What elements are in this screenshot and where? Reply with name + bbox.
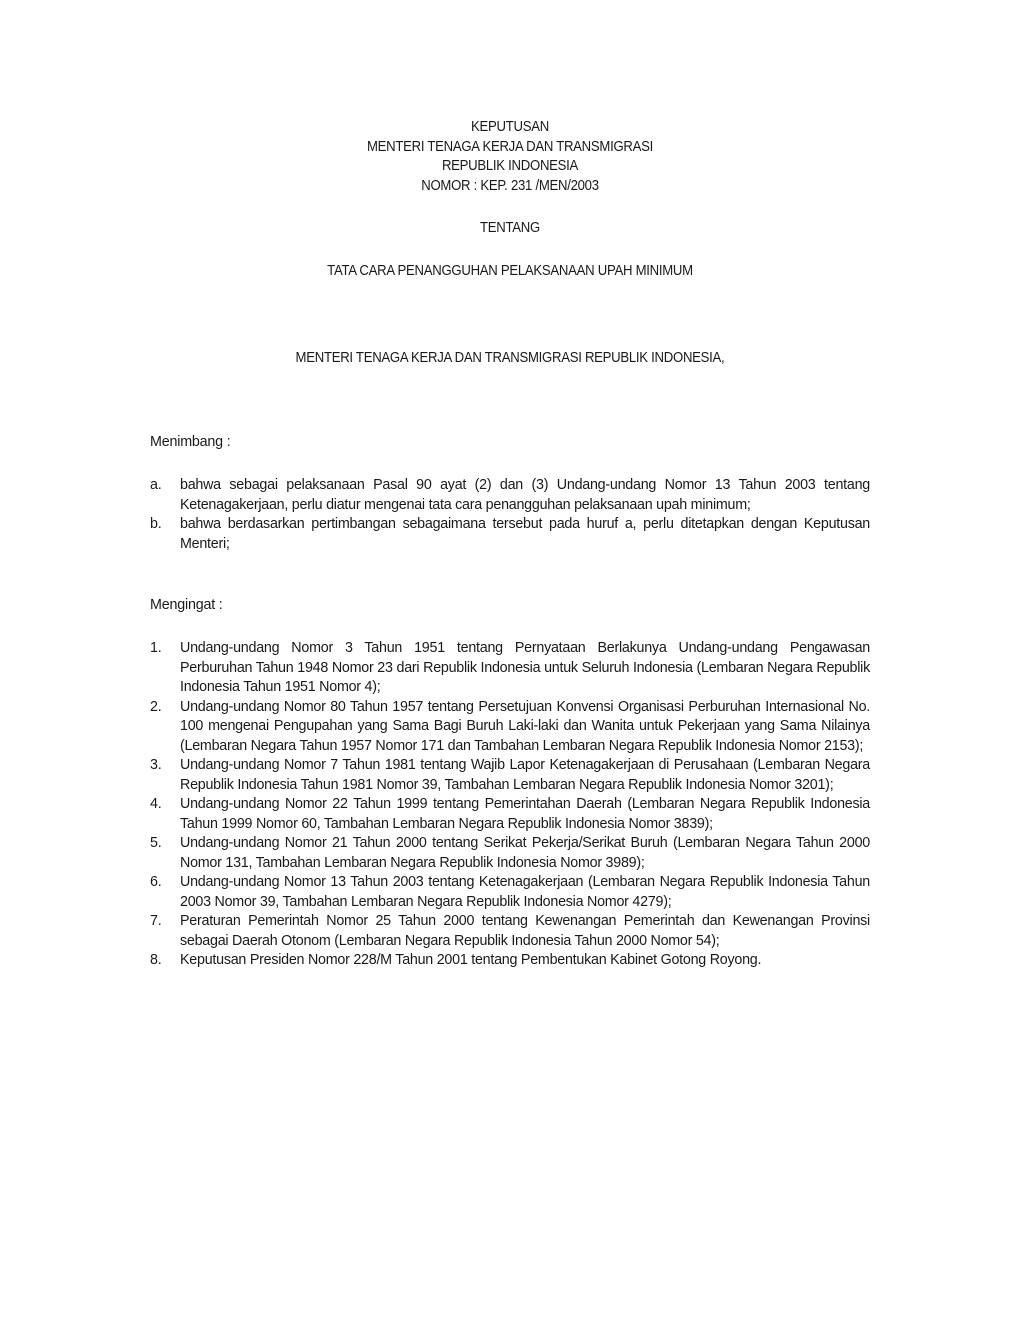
list-item-text: Undang-undang Nomor 80 Tahun 1957 tentan… [180,699,870,754]
list-item-text: Undang-undang Nomor 7 Tahun 1981 tentang… [180,757,870,793]
document-page: KEPUTUSAN MENTERI TENAGA KERJA DAN TRANS… [0,0,1020,1320]
list-item: a. bahwa sebagai pelaksanaan Pasal 90 ay… [150,476,870,515]
list-item: 5. Undang-undang Nomor 21 Tahun 2000 ten… [150,834,870,873]
menimbang-list: a. bahwa sebagai pelaksanaan Pasal 90 ay… [150,476,870,554]
list-item-text: Keputusan Presiden Nomor 228/M Tahun 200… [180,952,761,968]
list-item-text: Undang-undang Nomor 13 Tahun 2003 tentan… [180,874,870,910]
list-item: 7. Peraturan Pemerintah Nomor 25 Tahun 2… [150,912,870,951]
list-item-text: bahwa berdasarkan pertimbangan sebagaima… [180,516,870,552]
list-marker: 5. [150,834,161,854]
list-marker: a. [150,476,161,496]
list-item-text: Undang-undang Nomor 21 Tahun 2000 tentan… [180,835,870,871]
list-item: 1. Undang-undang Nomor 3 Tahun 1951 tent… [150,639,870,698]
header-line-title: KEPUTUSAN [41,118,979,138]
list-item: b. bahwa berdasarkan pertimbangan sebaga… [150,515,870,554]
list-marker: 4. [150,795,161,815]
list-item-text: Undang-undang Nomor 3 Tahun 1951 tentang… [180,640,870,695]
mengingat-list: 1. Undang-undang Nomor 3 Tahun 1951 tent… [150,639,870,971]
header-line-country: REPUBLIK INDONESIA [41,157,979,177]
list-item-text: Undang-undang Nomor 22 Tahun 1999 tentan… [180,796,870,832]
list-item-text: bahwa sebagai pelaksanaan Pasal 90 ayat … [180,477,870,513]
decree-subject: TATA CARA PENANGGUHAN PELAKSANAAN UPAH M… [41,263,979,279]
list-marker: 3. [150,756,161,776]
decree-header: KEPUTUSAN MENTERI TENAGA KERJA DAN TRANS… [41,118,979,196]
tentang-heading: TENTANG [41,220,979,236]
menimbang-label: Menimbang : [150,434,230,450]
header-line-number: NOMOR : KEP. 231 /MEN/2003 [41,177,979,197]
list-marker: 7. [150,912,161,932]
list-marker: 8. [150,951,161,971]
list-item: 6. Undang-undang Nomor 13 Tahun 2003 ten… [150,873,870,912]
list-item-text: Peraturan Pemerintah Nomor 25 Tahun 2000… [180,913,870,949]
list-item: 3. Undang-undang Nomor 7 Tahun 1981 tent… [150,756,870,795]
list-item: 8. Keputusan Presiden Nomor 228/M Tahun … [150,951,870,971]
header-line-ministry: MENTERI TENAGA KERJA DAN TRANSMIGRASI [41,138,979,158]
list-marker: 1. [150,639,161,659]
list-item: 4. Undang-undang Nomor 22 Tahun 1999 ten… [150,795,870,834]
list-item: 2. Undang-undang Nomor 80 Tahun 1957 ten… [150,698,870,757]
list-marker: b. [150,515,161,535]
list-marker: 2. [150,698,161,718]
mengingat-label: Mengingat : [150,597,223,613]
list-marker: 6. [150,873,161,893]
minister-line: MENTERI TENAGA KERJA DAN TRANSMIGRASI RE… [41,350,979,366]
